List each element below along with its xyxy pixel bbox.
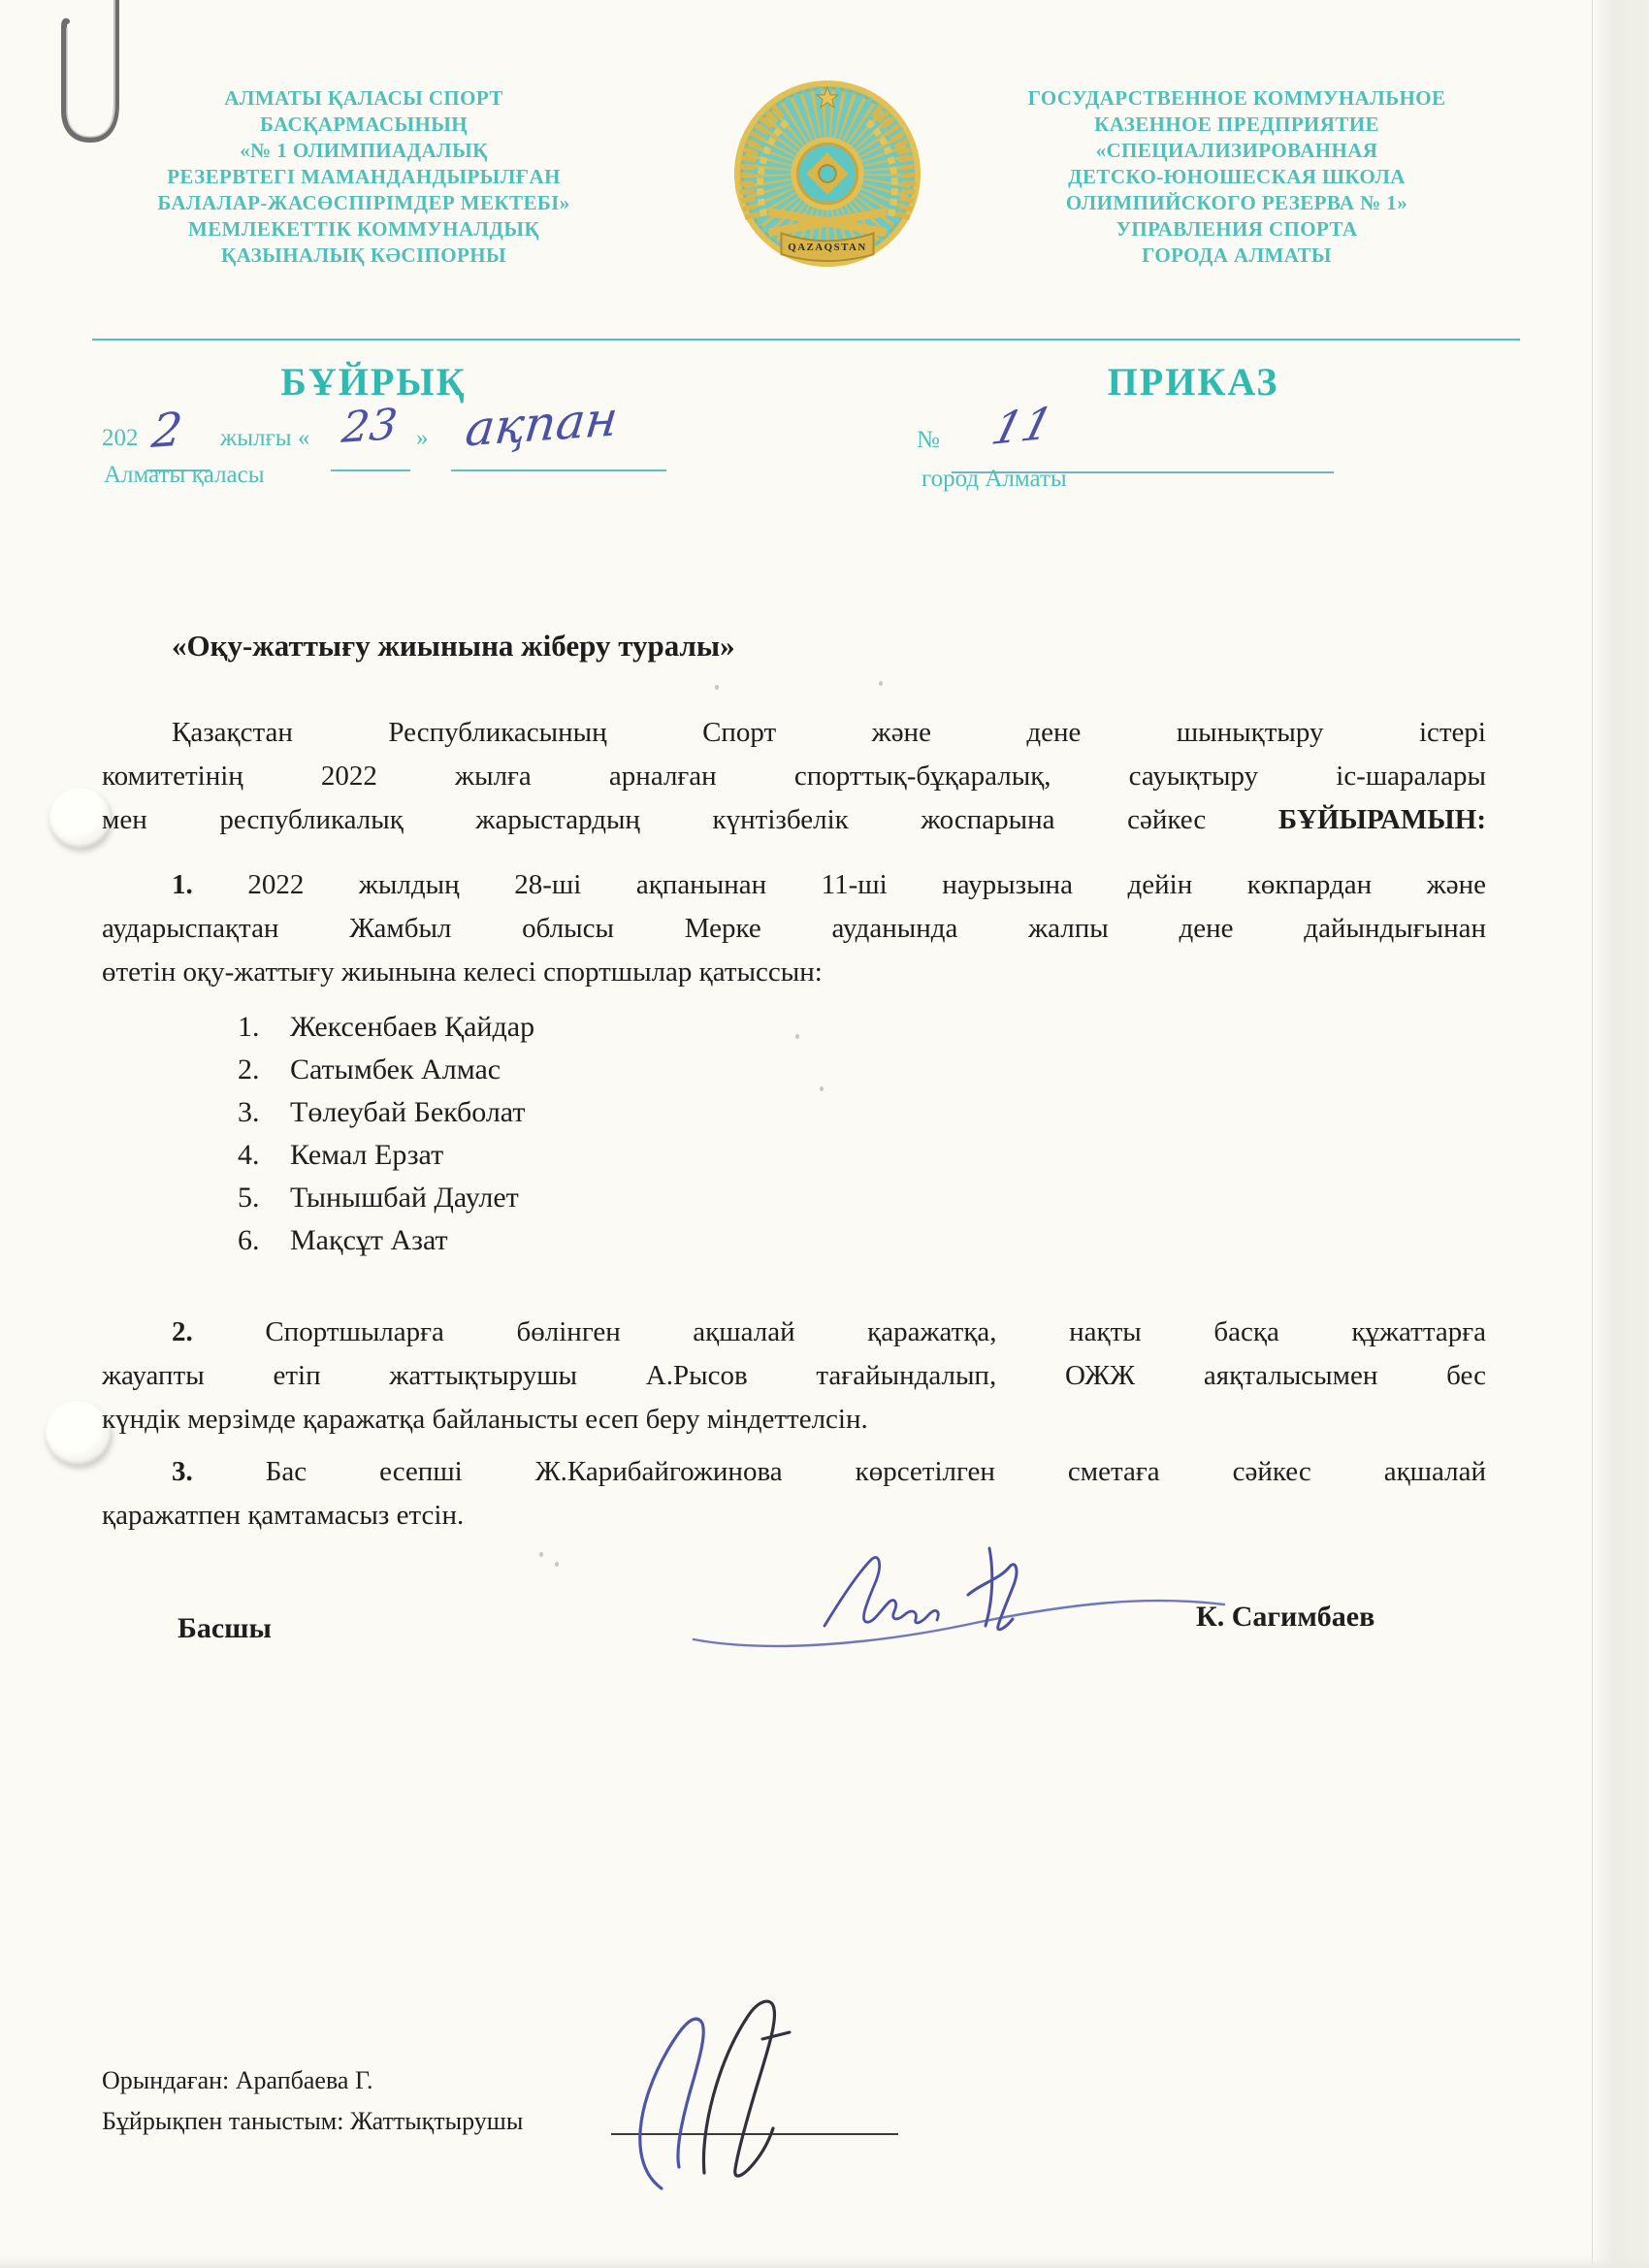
intro-line: комитетінің 2022 жылға арналған спорттық… (102, 755, 1486, 798)
athlete-item: Тынышбай Даулет (238, 1177, 1486, 1219)
order-item-2: жауапты етіп жаттықтырушы А.Рысов тағайы… (102, 1354, 1486, 1398)
order-item-1: 1. 2022 жылдың 28-ші ақпанынан 11-ші нау… (102, 863, 1486, 907)
letterhead-line: РЕЗЕРВТЕГІ МАМАНДАНДЫРЫЛҒАН (92, 164, 635, 190)
athlete-item: Кемал Ерзат (238, 1134, 1486, 1177)
scan-artifact (715, 685, 719, 690)
document-page: АЛМАТЫ ҚАЛАСЫ СПОРТ БАСҚАРМАСЫНЫҢ «№ 1 О… (0, 0, 1649, 2268)
letterhead-russian: ГОСУДАРСТВЕННОЕ КОММУНАЛЬНОЕ КАЗЕННОЕ ПР… (960, 85, 1513, 269)
athlete-item: Төлеубай Бекболат (238, 1091, 1486, 1134)
letterhead-line: ГОРОДА АЛМАТЫ (960, 243, 1513, 269)
handwritten-year-digit: 2 (149, 403, 185, 459)
scan-artifact (555, 1562, 559, 1567)
letterhead-line: БАСҚАРМАСЫНЫҢ (92, 112, 635, 138)
date-underline (331, 470, 410, 471)
date-printed-middle: жылғы « (220, 425, 309, 452)
executor-line: Орындаған: Арапбаева Г. (102, 2066, 373, 2095)
letterhead-line: УПРАВЛЕНИЯ СПОРТА (960, 216, 1513, 243)
letterhead-line: «СПЕЦИАЛИЗИРОВАННАЯ (960, 138, 1513, 164)
document-body: Қазақстан Республикасының Спорт және ден… (102, 711, 1486, 1538)
letterhead-kazakh: АЛМАТЫ ҚАЛАСЫ СПОРТ БАСҚАРМАСЫНЫҢ «№ 1 О… (92, 85, 635, 269)
letterhead-line: ДЕТСКО-ЮНОШЕСКАЯ ШКОЛА (960, 164, 1513, 190)
scan-edge (1592, 0, 1649, 2268)
hole-punch (45, 1401, 111, 1465)
date-printed-close: » (416, 425, 429, 452)
order-item-3: қаражатпен қамтамасыз етсін. (102, 1494, 1486, 1538)
handwritten-month: ақпан (463, 391, 621, 458)
letterhead-line: «№ 1 ОЛИМПИАДАЛЫҚ (92, 138, 635, 164)
scan-artifact (820, 1086, 824, 1091)
scan-artifact (795, 1034, 799, 1039)
athlete-item: Мақсұт Азат (238, 1219, 1486, 1262)
order-item-1: өтетін оқу-жаттығу жиынына келесі спортш… (102, 951, 1486, 994)
date-printed-prefix: 202 (102, 425, 139, 452)
letterhead-line: БАЛАЛАР-ЖАСӨСПІРІМДЕР МЕКТЕБІ» (92, 190, 635, 216)
date-underline (451, 470, 666, 471)
trainer-signature (611, 1994, 863, 2200)
handwritten-order-number: 11 (986, 397, 1058, 455)
acquainted-line: Бұйрықпен таныстым: Жаттықтырушы (102, 2107, 523, 2136)
signer-name: К. Сагимбаев (1196, 1601, 1374, 1634)
scan-artifact (879, 681, 883, 686)
letterhead-line: ОЛИМПИЙСКОГО РЕЗЕРВА № 1» (960, 190, 1513, 216)
scan-artifact (539, 1552, 543, 1557)
signatory-title: Басшы (178, 1612, 272, 1645)
athlete-item: Сатымбек Алмас (238, 1049, 1486, 1091)
scan-edge-bottom (0, 2256, 1649, 2268)
athletes-list: Жексенбаев Қайдар Сатымбек Алмас Төлеуба… (238, 1006, 1486, 1262)
order-item-3: 3. Бас есепші Ж.Карибайгожинова көрсетіл… (102, 1450, 1486, 1494)
document-title: «Оқу-жаттығу жиынына жіберу туралы» (102, 629, 1486, 664)
intro-line: мен республикалық жарыстардың күнтізбелі… (102, 798, 1486, 842)
kazakhstan-coat-of-arms-icon: QAZAQSTAN (731, 72, 923, 277)
letterhead-line: ҚАЗЫНАЛЫҚ КӘСІПОРНЫ (92, 243, 635, 269)
resolution-word: БҰЙЫРАМЫН: (1278, 804, 1486, 835)
number-sign: № (917, 427, 940, 454)
order-item-1: аударыспақтан Жамбыл облысы Мерке ауданы… (102, 907, 1486, 951)
city-russian: город Алматы (921, 466, 1067, 493)
letterhead-line: КАЗЕННОЕ ПРЕДПРИЯТИЕ (960, 112, 1513, 138)
city-kazakh: Алматы қаласы (104, 462, 265, 489)
director-signature (679, 1535, 1242, 1656)
letterhead-line: МЕМЛЕКЕТТІК КОММУНАЛДЫҚ (92, 216, 635, 243)
intro-line: Қазақстан Республикасының Спорт және ден… (102, 711, 1486, 755)
letterhead-line: ГОСУДАРСТВЕННОЕ КОММУНАЛЬНОЕ (960, 85, 1513, 112)
order-item-2: күндік мерзімде қаражатқа байланысты есе… (102, 1398, 1486, 1442)
letterhead-line: АЛМАТЫ ҚАЛАСЫ СПОРТ (92, 85, 635, 112)
order-title-russian: ПРИКАЗ (921, 359, 1465, 405)
emblem-banner-text: QAZAQSTAN (788, 242, 866, 253)
athlete-item: Жексенбаев Қайдар (238, 1006, 1486, 1049)
separator-rule (92, 339, 1520, 340)
handwritten-day: 23 (339, 400, 400, 453)
order-item-2: 2. Спортшыларға бөлінген ақшалай қаражат… (102, 1311, 1486, 1354)
